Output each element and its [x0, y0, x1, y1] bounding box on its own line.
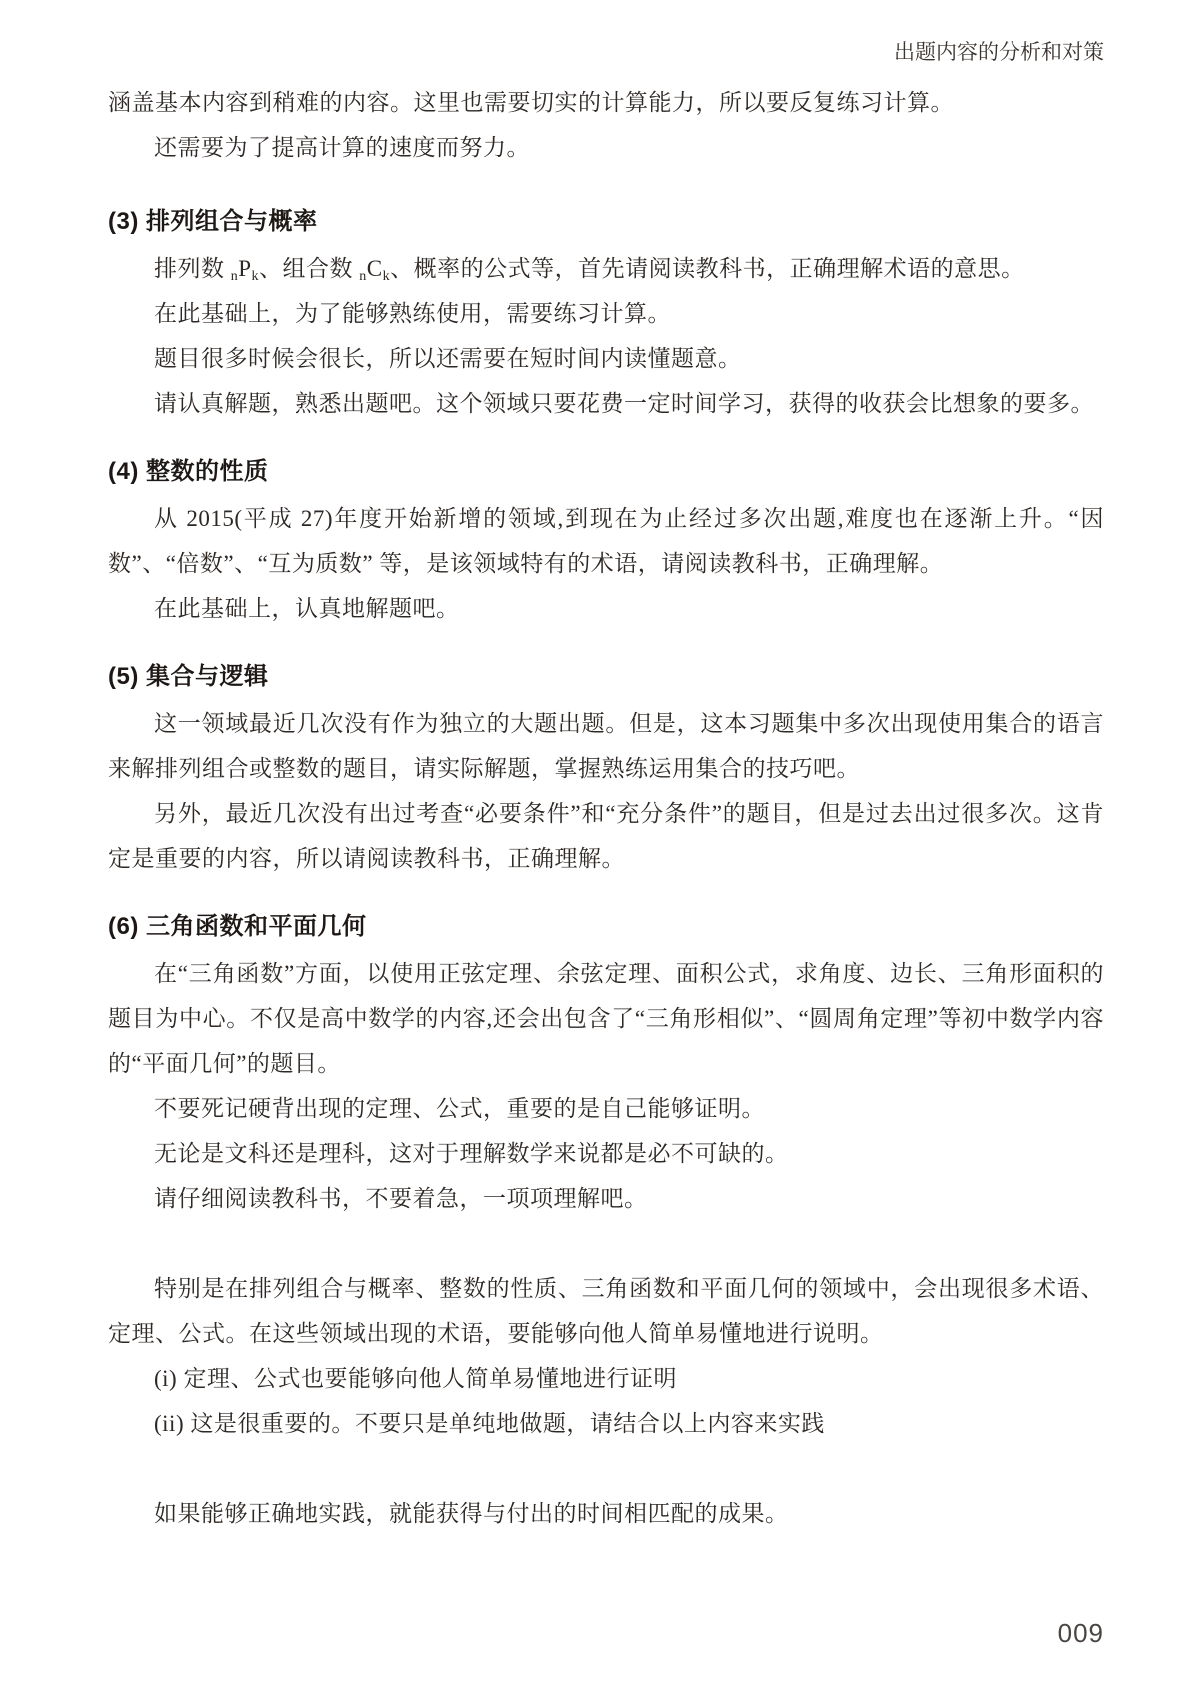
section-3-heading: (3) 排列组合与概率	[108, 206, 1104, 238]
section-4-paragraph-2: 在此基础上，认真地解题吧。	[108, 586, 1104, 631]
formula-mid-text: 、组合数	[259, 256, 359, 281]
section-4-heading: (4) 整数的性质	[108, 456, 1104, 488]
section-5-paragraph-2: 另外，最近几次没有出过考查“必要条件”和“充分条件”的题目，但是过去出过很多次。…	[108, 791, 1104, 881]
intro-block: 涵盖基本内容到稍难的内容。这里也需要切实的计算能力，所以要反复练习计算。 还需要…	[108, 80, 1104, 170]
permutation-symbol: P	[238, 256, 251, 281]
section-5-paragraph-1: 这一领域最近几次没有作为独立的大题出题。但是，这本习题集中多次出现使用集合的语言…	[108, 701, 1104, 791]
formula-pre-text: 排列数	[154, 256, 231, 281]
combination-presubscript: n	[359, 269, 367, 284]
section-4-paragraph-1: 从 2015(平成 27)年度开始新增的领域,到现在为止经过多次出题,难度也在逐…	[108, 496, 1104, 586]
closing-paragraph: 如果能够正确地实践，就能获得与付出的时间相匹配的成果。	[108, 1491, 1104, 1536]
section-3-formula-line: 排列数 nPk、组合数 nCk、概率的公式等，首先请阅读教科书，正确理解术语的意…	[108, 246, 1104, 291]
section-6-paragraph-4: 请仔细阅读教科书，不要着急，一项项理解吧。	[108, 1176, 1104, 1221]
combination-symbol: C	[367, 256, 383, 281]
section-6-paragraph-2: 不要死记硬背出现的定理、公式，重要的是自己能够证明。	[108, 1086, 1104, 1131]
running-header: 出题内容的分析和对策	[108, 38, 1104, 68]
section-3-paragraph-4: 请认真解题，熟悉出题吧。这个领域只要花费一定时间学习，获得的收获会比想象的要多。	[108, 381, 1104, 426]
summary-paragraph: 特别是在排列组合与概率、整数的性质、三角函数和平面几何的领域中，会出现很多术语、…	[108, 1266, 1104, 1356]
permutation-subscript: k	[252, 269, 260, 284]
summary-item-i: (i) 定理、公式也要能够向他人简单易懂地进行证明	[108, 1356, 1104, 1401]
document-page: 出题内容的分析和对策 涵盖基本内容到稍难的内容。这里也需要切实的计算能力，所以要…	[0, 0, 1200, 1693]
section-3-paragraph-3: 题目很多时候会很长，所以还需要在短时间内读懂题意。	[108, 336, 1104, 381]
section-6-paragraph-3: 无论是文科还是理科，这对于理解数学来说都是必不可缺的。	[108, 1131, 1104, 1176]
section-6-heading: (6) 三角函数和平面几何	[108, 911, 1104, 943]
summary-item-ii: (ii) 这是很重要的。不要只是单纯地做题，请结合以上内容来实践	[108, 1401, 1104, 1446]
section-3-paragraph-2: 在此基础上，为了能够熟练使用，需要练习计算。	[108, 291, 1104, 336]
formula-post-text: 、概率的公式等，首先请阅读教科书，正确理解术语的意思。	[390, 256, 1025, 281]
page-number: 009	[1058, 1618, 1104, 1649]
intro-paragraph-2: 还需要为了提高计算的速度而努力。	[108, 125, 1104, 170]
summary-block: 特别是在排列组合与概率、整数的性质、三角函数和平面几何的领域中，会出现很多术语、…	[108, 1266, 1104, 1536]
section-6-paragraph-1: 在“三角函数”方面，以使用正弦定理、余弦定理、面积公式，求角度、边长、三角形面积…	[108, 951, 1104, 1086]
section-5-heading: (5) 集合与逻辑	[108, 661, 1104, 693]
intro-continuation-paragraph: 涵盖基本内容到稍难的内容。这里也需要切实的计算能力，所以要反复练习计算。	[108, 80, 1104, 125]
